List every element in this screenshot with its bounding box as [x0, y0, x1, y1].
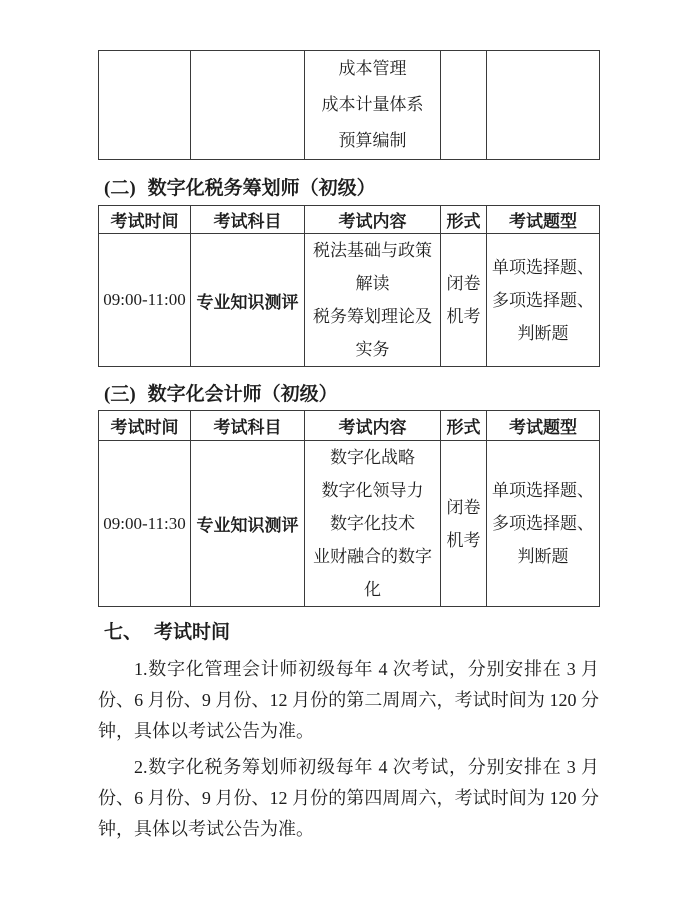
header-exam-subject: 考试科目 — [191, 411, 305, 441]
table-header-row: 考试时间 考试科目 考试内容 形式 考试题型 — [99, 206, 600, 234]
section-heading-tax-planner: (二)数字化税务筹划师（初级） — [104, 176, 599, 202]
empty-subject-cell — [191, 51, 305, 160]
table-row: 09:00-11:00 专业知识测评 税法基础与政策 解读 税务筹划理论及 实务… — [99, 234, 600, 367]
table-row: 09:00-11:30 专业知识测评 数字化战略 数字化领导力 数字化技术 业财… — [99, 441, 600, 607]
document-content: 成本管理 成本计量体系 预算编制 (二)数字化税务筹划师（初级） 考试时间 考试… — [98, 0, 599, 845]
table-tax-planner: 考试时间 考试科目 考试内容 形式 考试题型 09:00-11:00 专业知识测… — [98, 205, 600, 367]
header-exam-form: 形式 — [441, 411, 487, 441]
exam-content-cell: 税法基础与政策 解读 税务筹划理论及 实务 — [305, 234, 441, 367]
table-continued-row: 成本管理 成本计量体系 预算编制 — [98, 50, 600, 160]
table-accountant: 考试时间 考试科目 考试内容 形式 考试题型 09:00-11:30 专业知识测… — [98, 410, 600, 607]
header-exam-types: 考试题型 — [487, 411, 600, 441]
exam-subject-cell: 专业知识测评 — [191, 234, 305, 367]
header-exam-types: 考试题型 — [487, 206, 600, 234]
table-row: 成本管理 成本计量体系 预算编制 — [99, 51, 600, 160]
header-exam-form: 形式 — [441, 206, 487, 234]
paragraph-tax-planner-schedule: 2.数字化税务筹划师初级每年 4 次考试，分别安排在 3 月份、6 月份、9 月… — [98, 752, 599, 845]
exam-time-cell: 09:00-11:00 — [99, 234, 191, 367]
empty-time-cell — [99, 51, 191, 160]
section-number: 七、 — [104, 622, 142, 643]
section-number: (二) — [104, 178, 136, 199]
header-exam-content: 考试内容 — [305, 411, 441, 441]
paragraph-management-accountant-schedule: 1.数字化管理会计师初级每年 4 次考试，分别安排在 3 月份、6 月份、9 月… — [98, 654, 599, 747]
table-header-row: 考试时间 考试科目 考试内容 形式 考试题型 — [99, 411, 600, 441]
exam-types-cell: 单项选择题、 多项选择题、 判断题 — [487, 234, 600, 367]
header-exam-subject: 考试科目 — [191, 206, 305, 234]
exam-types-cell: 单项选择题、 多项选择题、 判断题 — [487, 441, 600, 607]
exam-form-cell: 闭卷 机考 — [441, 441, 487, 607]
section-heading-accountant: (三)数字化会计师（初级） — [104, 382, 599, 408]
section-heading-exam-time: 七、考试时间 — [104, 620, 599, 646]
exam-time-cell: 09:00-11:30 — [99, 441, 191, 607]
document-page: 成本管理 成本计量体系 预算编制 (二)数字化税务筹划师（初级） 考试时间 考试… — [0, 0, 691, 905]
header-exam-time: 考试时间 — [99, 411, 191, 441]
empty-types-cell — [487, 51, 600, 160]
section-number: (三) — [104, 384, 136, 405]
empty-form-cell — [441, 51, 487, 160]
header-exam-content: 考试内容 — [305, 206, 441, 234]
section-title: 数字化税务筹划师（初级） — [148, 178, 376, 199]
section-title: 考试时间 — [154, 622, 230, 643]
section-title: 数字化会计师（初级） — [148, 384, 338, 405]
exam-form-cell: 闭卷 机考 — [441, 234, 487, 367]
header-exam-time: 考试时间 — [99, 206, 191, 234]
exam-subject-cell: 专业知识测评 — [191, 441, 305, 607]
exam-content-cell: 数字化战略 数字化领导力 数字化技术 业财融合的数字 化 — [305, 441, 441, 607]
exam-content-cell: 成本管理 成本计量体系 预算编制 — [305, 51, 441, 160]
